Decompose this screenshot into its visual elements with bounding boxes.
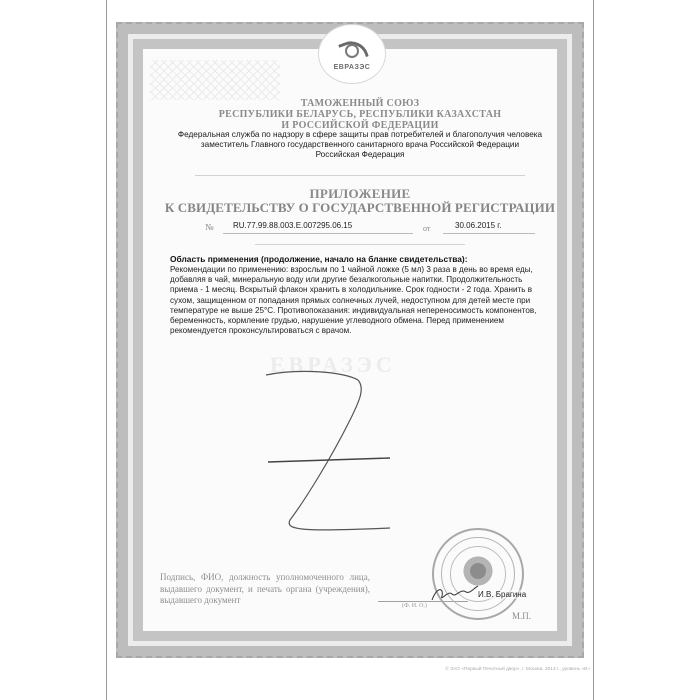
- stamp-place-mark: М.П.: [512, 611, 531, 621]
- eurasec-emblem-icon: [335, 38, 369, 62]
- z-strike-mark: [250, 360, 410, 540]
- page-edge-right: [593, 0, 594, 700]
- divider: [255, 244, 465, 245]
- agency-line3: Российская Федерация: [150, 150, 570, 161]
- registration-date: 30.06.2015 г.: [455, 221, 501, 230]
- number-underline: [223, 233, 413, 234]
- agency-line1: Федеральная служба по надзору в сфере за…: [150, 130, 570, 141]
- registration-number: RU.77.99.88.003.E.007295.06.15: [233, 221, 352, 230]
- fio-label: (Ф. И. О.): [402, 603, 427, 609]
- page-edge-left: [106, 0, 107, 700]
- signature-caption: Подпись, ФИО, должность уполномоченного …: [160, 572, 370, 607]
- agency-line2: заместитель Главного государственного са…: [150, 140, 570, 151]
- union-title-line1: ТАМОЖЕННЫЙ СОЮЗ: [150, 98, 570, 109]
- union-title-line2: РЕСПУБЛИКИ БЕЛАРУСЬ, РЕСПУБЛИКИ КАЗАХСТА…: [150, 109, 570, 120]
- divider: [195, 175, 525, 176]
- registration-row: № RU.77.99.88.003.E.007295.06.15 от 30.0…: [205, 221, 535, 235]
- date-label: от: [423, 224, 430, 233]
- signer-name: И.В. Брагина: [478, 590, 526, 599]
- handwritten-signature: [430, 582, 480, 606]
- document-subtitle: К СВИДЕТЕЛЬСТВУ О ГОСУДАРСТВЕННОЙ РЕГИСТ…: [150, 200, 570, 216]
- eurasec-logo: ЕВРАЗЭС: [318, 24, 386, 84]
- usage-text: Рекомендации по применению: взрослым по …: [170, 265, 550, 336]
- number-label: №: [205, 222, 214, 232]
- logo-text: ЕВРАЗЭС: [334, 64, 371, 71]
- date-underline: [443, 233, 535, 234]
- section-title: Область применения (продолжение, начало …: [170, 254, 468, 264]
- printer-imprint: © ЗАО «Первый Печатный двор», г. Москва,…: [440, 667, 590, 672]
- guilloche-pattern: [150, 60, 280, 100]
